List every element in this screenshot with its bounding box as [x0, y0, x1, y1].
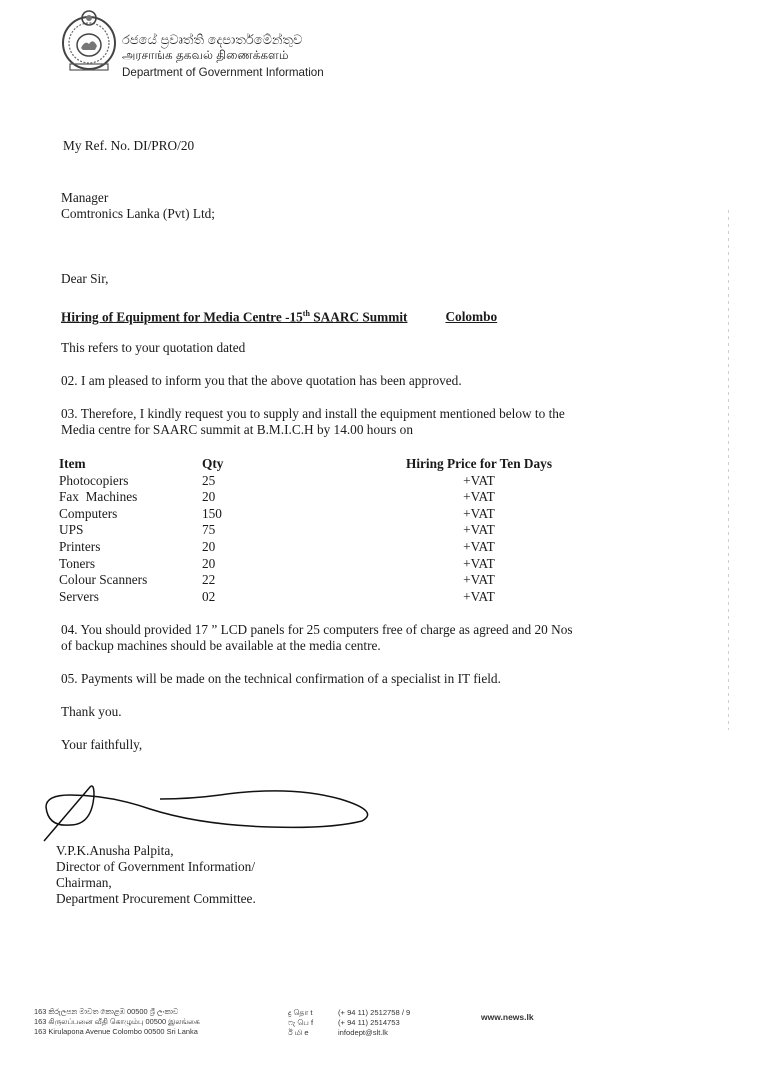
item-price: +VAT — [399, 572, 559, 588]
header-qty: Qty — [202, 456, 223, 472]
phone-number: (+ 94 11) 2512758 / 9 — [338, 1008, 410, 1017]
item-name: Colour Scanners — [59, 572, 147, 588]
subject-superscript: th — [303, 309, 310, 318]
thanks-line: Thank you. — [61, 704, 122, 720]
salutation: Dear Sir, — [61, 271, 108, 287]
dept-name-tamil: அரசாங்க தகவல் திணைக்களம் — [122, 48, 289, 64]
phone-label: දු தொ t — [288, 1008, 338, 1018]
item-qty: 22 — [202, 572, 215, 588]
dept-name-sinhala: රජයේ ප්‍රවෘත්ති දෙපාර්තමේන්තුව — [122, 32, 302, 48]
item-price: +VAT — [399, 473, 559, 489]
item-qty: 20 — [202, 556, 215, 572]
email-line: ඊ மி einfodept@slt.lk — [288, 1028, 410, 1038]
item-name: Toners — [59, 556, 95, 572]
reference-number: My Ref. No. DI/PRO/20 — [63, 138, 194, 154]
item-price: +VAT — [399, 506, 559, 522]
item-price: +VAT — [399, 556, 559, 572]
item-name: Printers — [59, 539, 100, 555]
signatory-name: V.P.K.Anusha Palpita, — [56, 843, 256, 859]
item-qty: 20 — [202, 489, 215, 505]
sri-lanka-emblem-icon — [60, 8, 118, 72]
footer-address: 163 කිරුලපන මාවත කොළඹ 00500 ශ්‍රී ලංකාව … — [34, 1007, 200, 1037]
item-price: +VAT — [399, 539, 559, 555]
item-qty: 02 — [202, 589, 215, 605]
recipient-company: Comtronics Lanka (Pvt) Ltd; — [61, 206, 215, 222]
signatory-title-3: Department Procurement Committee. — [56, 891, 256, 907]
paragraph-3-line-1: 03. Therefore, I kindly request you to s… — [61, 406, 565, 422]
header-item: Item — [59, 456, 86, 472]
paragraph-1: This refers to your quotation dated — [61, 340, 245, 356]
subject-location: Colombo — [445, 309, 497, 324]
fax-number: (+ 94 11) 2514753 — [338, 1018, 400, 1027]
phone-line: දු தொ t(+ 94 11) 2512758 / 9 — [288, 1008, 410, 1018]
closing-line: Your faithfully, — [61, 737, 142, 753]
email-address[interactable]: infodept@slt.lk — [338, 1028, 388, 1037]
recipient-title: Manager — [61, 190, 215, 206]
paragraph-3: 03. Therefore, I kindly request you to s… — [61, 406, 565, 438]
item-name: Fax Machines — [59, 489, 137, 505]
item-price: +VAT — [399, 589, 559, 605]
dept-name-english: Department of Government Information — [122, 66, 324, 79]
item-price: +VAT — [399, 489, 559, 505]
signatory-block: V.P.K.Anusha Palpita, Director of Govern… — [56, 843, 256, 907]
item-name: Servers — [59, 589, 99, 605]
subject-main: Hiring of Equipment for Media Centre -15 — [61, 309, 303, 324]
paragraph-4-line-1: 04. You should provided 17 ” LCD panels … — [61, 622, 573, 638]
website-link[interactable]: www.news.lk — [481, 1012, 534, 1022]
fax-label: ෆැ பெ f — [288, 1018, 338, 1028]
item-name: Photocopiers — [59, 473, 128, 489]
paragraph-4-line-2: of backup machines should be available a… — [61, 638, 573, 654]
item-qty: 20 — [202, 539, 215, 555]
item-qty: 25 — [202, 473, 215, 489]
paragraph-2: 02. I am pleased to inform you that the … — [61, 373, 462, 389]
item-name: UPS — [59, 522, 83, 538]
paragraph-4: 04. You should provided 17 ” LCD panels … — [61, 622, 573, 654]
item-name: Computers — [59, 506, 117, 522]
handwritten-signature — [40, 775, 370, 845]
footer-contact: දු தொ t(+ 94 11) 2512758 / 9 ෆැ பெ f(+ 9… — [288, 1008, 410, 1038]
signatory-title-1: Director of Government Information/ — [56, 859, 256, 875]
subject-rest: SAARC Summit — [310, 309, 408, 324]
header-price: Hiring Price for Ten Days — [399, 456, 559, 472]
paragraph-5: 05. Payments will be made on the technic… — [61, 671, 501, 687]
fax-line: ෆැ பெ f(+ 94 11) 2514753 — [288, 1018, 410, 1028]
recipient-address: Manager Comtronics Lanka (Pvt) Ltd; — [61, 190, 215, 222]
item-price: +VAT — [399, 522, 559, 538]
email-label: ඊ மி e — [288, 1028, 338, 1038]
scan-artifact-line — [728, 210, 729, 730]
address-english: 163 Kirulapona Avenue Colombo 00500 Sri … — [34, 1027, 200, 1037]
paragraph-3-line-2: Media centre for SAARC summit at B.M.I.C… — [61, 422, 565, 438]
signatory-title-2: Chairman, — [56, 875, 256, 891]
item-qty: 75 — [202, 522, 215, 538]
subject-line: Hiring of Equipment for Media Centre -15… — [61, 306, 497, 325]
address-sinhala: 163 කිරුලපන මාවත කොළඹ 00500 ශ්‍රී ලංකාව — [34, 1007, 200, 1017]
item-qty: 150 — [202, 506, 222, 522]
address-tamil: 163 கிருலப்பனை வீதி கொழும்பு 00500 இலங்க… — [34, 1017, 200, 1027]
